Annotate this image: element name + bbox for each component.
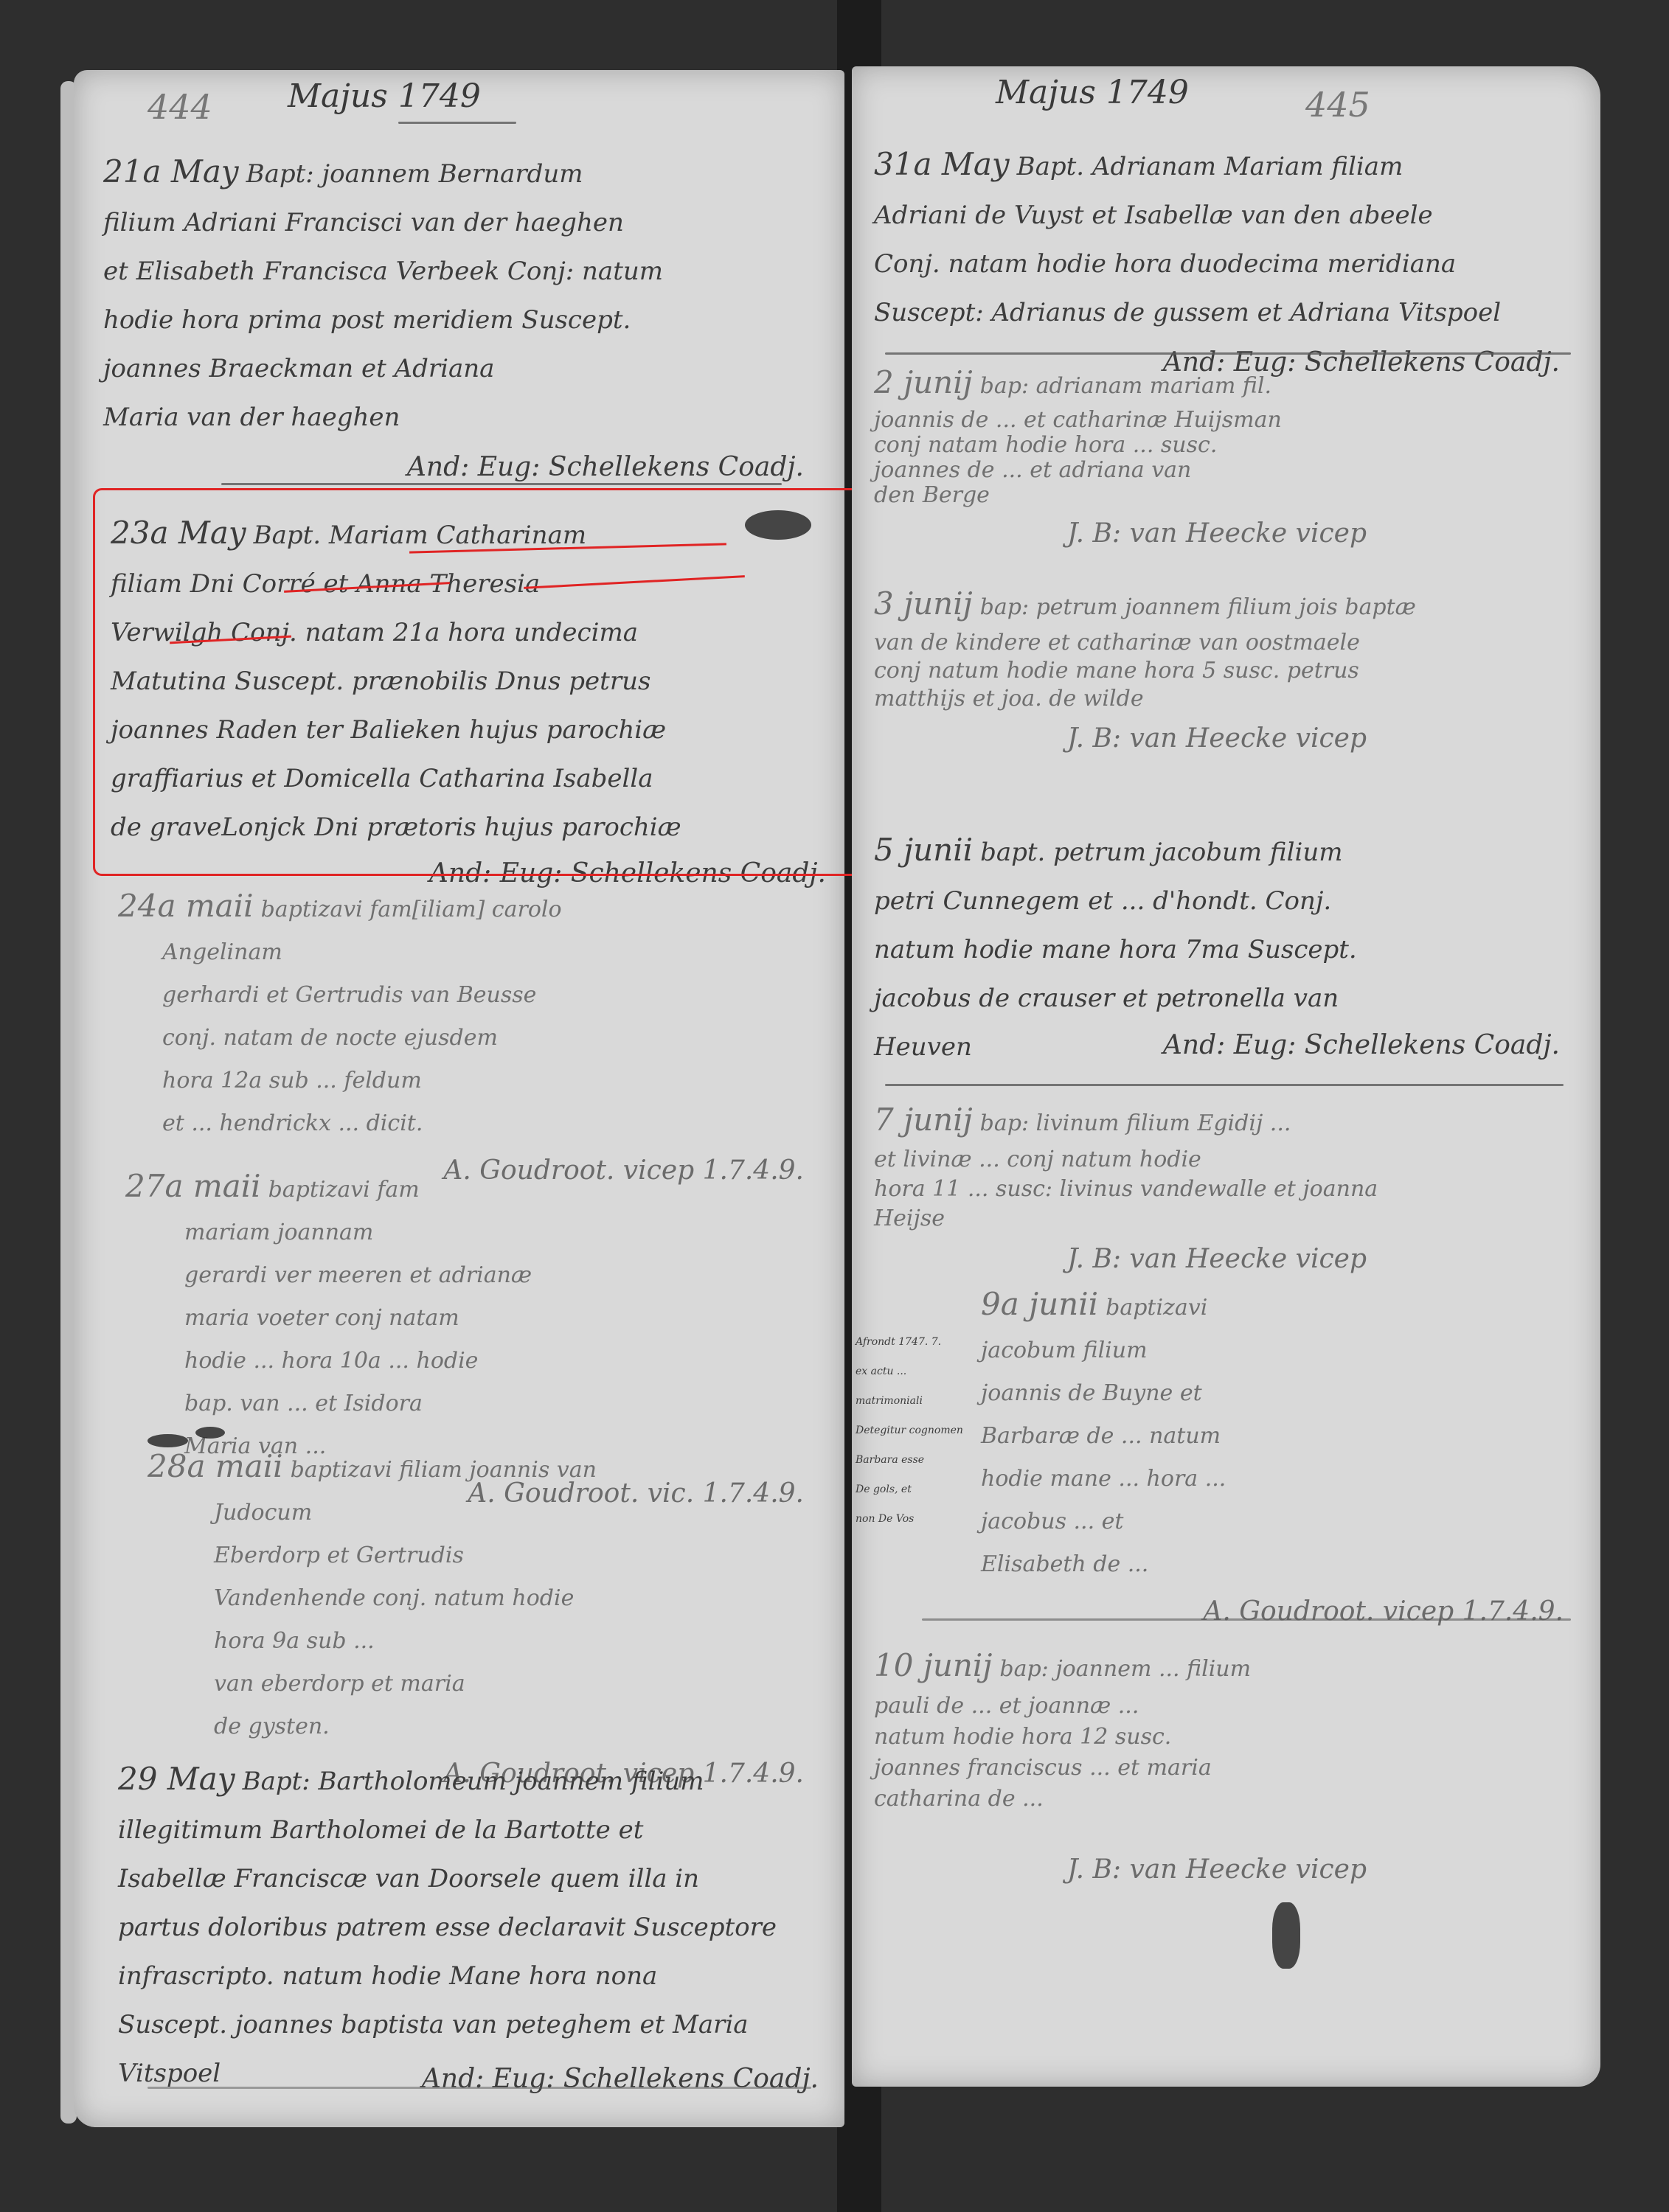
- signature: And: Eug: Schellekens Coadj.: [118, 2053, 841, 2105]
- entry-2-junij: 2 junijbap: adrianam mariam fil. joannis…: [874, 361, 1582, 560]
- entry-separator: [885, 1084, 1564, 1086]
- signature: A. Goudroot. vicep 1.7.4.9.: [981, 1586, 1586, 1638]
- entry-line: joannis de ... et catharinæ Huijsman: [874, 408, 1582, 433]
- entry-line: Bapt. Mariam Catharinam: [254, 521, 586, 550]
- entry-date: 31a May: [874, 146, 1010, 182]
- entry-separator: [885, 352, 1571, 355]
- margin-note-line: Barbara esse: [856, 1445, 966, 1475]
- entry-line: hodie ... hora 10a ... hodie: [125, 1340, 826, 1382]
- entry-line: jacobus ... et: [981, 1500, 1586, 1543]
- entry-line: baptizavi fam[iliam] carolo: [261, 897, 562, 922]
- entry-date: 3 junij: [874, 585, 973, 622]
- entry-line: de graveLonjck Dni prætoris hujus paroch…: [111, 803, 848, 852]
- entry-line: bap: livinum filium Egidij ...: [980, 1110, 1291, 1136]
- entry-line: Bapt. Adrianam Mariam filiam: [1017, 152, 1403, 181]
- entry-line: joannes franciscus ... et maria: [874, 1753, 1582, 1784]
- entry-line: Verwilgh Conj. natam 21a hora undecima: [111, 608, 848, 657]
- entry-28-maii: 28a maiibaptizavi filiam joannis van Jud…: [148, 1445, 826, 1800]
- signature: J. B: van Heecke vicep: [874, 713, 1582, 765]
- entry-line: catharina de ...: [874, 1784, 1582, 1815]
- entry-date: 23a May: [111, 515, 246, 551]
- entry-line: natum hodie hora 12 susc.: [874, 1722, 1582, 1753]
- entry-line: van eberdorp et maria: [148, 1663, 826, 1705]
- signature: J. B: van Heecke vicep: [874, 1234, 1582, 1285]
- entry-23-may: 23a MayBapt. Mariam Catharinam filiam Dn…: [111, 509, 848, 896]
- margin-note: Afrondt 1747. 7. ex actu ... matrimonial…: [856, 1327, 966, 1534]
- entry-line: hora 11 ... susc: livinus vandewalle et …: [874, 1175, 1582, 1204]
- entry-line: Elisabeth de ...: [981, 1543, 1586, 1586]
- entry-line: bap. van ... et Isidora: [125, 1382, 826, 1425]
- page-header-right: Majus 1749: [996, 74, 1189, 111]
- entry-line: pauli de ... et joannæ ...: [874, 1691, 1582, 1722]
- entry-line: Bapt: joannem Bernardum: [246, 159, 583, 189]
- entry-7-junij: 7 junijbap: livinum filium Egidij ... et…: [874, 1099, 1582, 1285]
- entry-line: Angelinam: [118, 931, 826, 974]
- entry-line: Vandenhende conj. natum hodie: [148, 1577, 826, 1620]
- entry-date: 27a maii: [125, 1168, 261, 1204]
- entry-date: 7 junij: [874, 1102, 973, 1138]
- entry-line: Adriani de Vuyst et Isabellæ van den abe…: [874, 191, 1582, 240]
- entry-line: conj natum hodie mane hora 5 susc. petru…: [874, 657, 1582, 685]
- margin-note-line: Afrondt 1747. 7.: [856, 1327, 966, 1357]
- entry-line: joannis de Buyne et: [981, 1372, 1586, 1415]
- entry-line: Isabellæ Franciscæ van Doorsele quem ill…: [118, 1854, 841, 1903]
- entry-date: 9a junii: [981, 1286, 1098, 1322]
- entry-date: 21a May: [103, 153, 239, 189]
- entry-line: hora 12a sub ... feldum: [118, 1060, 826, 1102]
- entry-line: hora 9a sub ...: [148, 1620, 826, 1663]
- folio-number-right: 445: [1305, 85, 1370, 125]
- entry-line: Suscept: Adrianus de gussem et Adriana V…: [874, 288, 1582, 337]
- ink-blot: [745, 510, 811, 540]
- margin-note-line: Detegitur cognomen: [856, 1416, 966, 1445]
- entry-line: Barbaræ de ... natum: [981, 1415, 1586, 1458]
- entry-line: Maria van der haeghen: [103, 393, 826, 442]
- entry-line: Conj. natam hodie hora duodecima meridia…: [874, 240, 1582, 288]
- ink-blot: [1272, 1902, 1300, 1969]
- entry-line: filium Adriani Francisci van der haeghen: [103, 198, 826, 247]
- entry-line: gerardi ver meeren et adrianæ: [125, 1254, 826, 1297]
- entry-line: baptizavi filiam joannis van: [291, 1457, 597, 1483]
- entry-line: van de kindere et catharinæ van oostmael…: [874, 629, 1582, 657]
- entry-line: Suscept. joannes baptista van peteghem e…: [118, 2000, 841, 2049]
- page-header-left: Majus 1749: [288, 77, 481, 115]
- closing-flourish: [148, 2087, 811, 2089]
- entry-line: jacobus de crauser et petronella van: [874, 974, 1582, 1023]
- entry-line: bapt. petrum jacobum filium: [980, 838, 1342, 867]
- margin-note-line: ex actu ...: [856, 1357, 966, 1386]
- header-underline: [398, 122, 516, 124]
- entry-9-junii: 9a juniibaptizavi jacobum filium joannis…: [981, 1283, 1586, 1638]
- entry-line: bap: petrum joannem filium jois baptæ: [980, 594, 1416, 620]
- entry-line: baptizavi: [1106, 1295, 1207, 1321]
- signature: J. B: van Heecke vicep: [874, 1844, 1582, 1896]
- entry-line: Bapt: Bartholomeum joannem filium: [243, 1767, 704, 1796]
- entry-line: graffiarius et Domicella Catharina Isabe…: [111, 754, 848, 803]
- entry-date: 29 May: [118, 1761, 235, 1797]
- entry-31-may: 31a MayBapt. Adrianam Mariam filiam Adri…: [874, 140, 1582, 389]
- margin-note-line: non De Vos: [856, 1504, 966, 1534]
- entry-line: illegitimum Bartholomei de la Bartotte e…: [118, 1806, 841, 1854]
- entry-line: Eberdorp et Gertrudis: [148, 1534, 826, 1577]
- entry-date: 5 junii: [874, 832, 973, 868]
- entry-line: filiam Dni Corré et Anna Theresia: [111, 560, 848, 608]
- entry-line: Judocum: [148, 1492, 826, 1534]
- entry-date: 2 junij: [874, 364, 973, 400]
- entry-line: gerhardi et Gertrudis van Beusse: [118, 974, 826, 1017]
- entry-24-maii: 24a maiibaptizavi fam[iliam] carolo Ange…: [118, 885, 826, 1197]
- entry-line: hodie hora prima post meridiem Suscept.: [103, 296, 826, 344]
- entry-line: conj natam hodie hora ... susc.: [874, 433, 1582, 458]
- entry-line: et ... hendrickx ... dicit.: [118, 1102, 826, 1145]
- entry-line: petri Cunnegem et ... d'hondt. Conj.: [874, 877, 1582, 925]
- entry-line: et Elisabeth Francisca Verbeek Conj: nat…: [103, 247, 826, 296]
- ink-blot: [195, 1427, 225, 1439]
- entry-separator: [922, 1618, 1571, 1621]
- entry-10-junij: 10 junijbap: joannem ... filium pauli de…: [874, 1644, 1582, 1896]
- entry-line: maria voeter conj natam: [125, 1297, 826, 1340]
- entry-3-junij: 3 junijbap: petrum joannem filium jois b…: [874, 582, 1582, 765]
- entry-line: infrascripto. natum hodie Mane hora nona: [118, 1952, 841, 2000]
- entry-line: bap: adrianam mariam fil.: [980, 373, 1271, 399]
- margin-note-line: De gols, et: [856, 1475, 966, 1504]
- entry-line: Heijse: [874, 1204, 1582, 1234]
- entry-date: 10 junij: [874, 1647, 992, 1683]
- entry-line: joannes Raden ter Balieken hujus parochi…: [111, 706, 848, 754]
- entry-line: mariam joannam: [125, 1211, 826, 1254]
- entry-date: 24a maii: [118, 888, 254, 924]
- entry-line: partus doloribus patrem esse declaravit …: [118, 1903, 841, 1952]
- entry-line: joannes Braeckman et Adriana: [103, 344, 826, 393]
- entry-date: 28a maii: [148, 1448, 283, 1484]
- signature: And: Eug: Schellekens Coadj.: [103, 442, 826, 493]
- entry-line: bap: joannem ... filium: [999, 1656, 1251, 1682]
- entry-5-junii: 5 juniibapt. petrum jacobum filium petri…: [874, 826, 1582, 1071]
- entry-line: den Berge: [874, 483, 1582, 508]
- entry-line: Matutina Suscept. prænobilis Dnus petrus: [111, 657, 848, 706]
- entry-line: baptizavi fam: [268, 1177, 420, 1203]
- entry-line: hodie mane ... hora ...: [981, 1458, 1586, 1500]
- margin-note-line: matrimoniali: [856, 1386, 966, 1416]
- entry-separator: [221, 483, 782, 485]
- entry-line: jacobum filium: [981, 1329, 1586, 1372]
- entry-line: natum hodie mane hora 7ma Suscept.: [874, 925, 1582, 974]
- folio-number-left: 444: [148, 87, 212, 127]
- entry-21-may: 21a MayBapt: joannem Bernardum filium Ad…: [103, 147, 826, 493]
- entry-29-may: 29 MayBapt: Bartholomeum joannem filium …: [118, 1755, 841, 2105]
- signature: And: Eug: Schellekens Coadj.: [874, 1020, 1582, 1071]
- entry-line: matthijs et joa. de wilde: [874, 685, 1582, 713]
- entry-line: conj. natam de nocte ejusdem: [118, 1017, 826, 1060]
- signature: J. B: van Heecke vicep: [874, 508, 1582, 560]
- entry-line: joannes de ... et adriana van: [874, 458, 1582, 483]
- entry-line: de gysten.: [148, 1705, 826, 1748]
- entry-line: et livinæ ... conj natum hodie: [874, 1145, 1582, 1175]
